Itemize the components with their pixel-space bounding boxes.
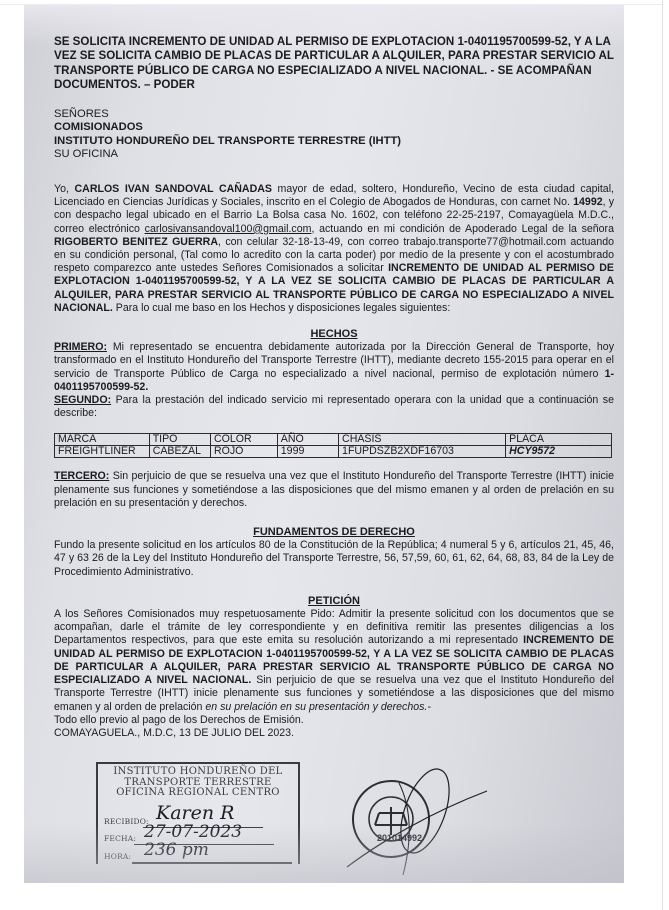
hora-label: HORA:	[104, 852, 131, 861]
table-header: TIPO	[149, 434, 210, 446]
intro-paragraph: Yo, CARLOS IVAN SANDOVAL CAÑADAS mayor d…	[54, 183, 614, 315]
recibido-label: RECIBIDO:	[104, 817, 149, 826]
primero-text: Mi representado se encuentra debidamente…	[54, 341, 614, 379]
emission-note: Todo ello previo al pago de los Derechos…	[54, 714, 614, 727]
table-header: MARCA	[55, 434, 150, 446]
addressee-line: COMISIONADOS	[54, 121, 614, 135]
addressee-line: SEÑORES	[54, 108, 614, 122]
recibido-value: Karen R	[156, 802, 234, 824]
peticion-text: en su prelación en su presentación y der…	[205, 701, 431, 713]
primero-paragraph: PRIMERO: Mi representado se encuentra de…	[54, 341, 614, 394]
intro-text: Para lo cual me baso en los Hechos y dis…	[113, 302, 450, 314]
table-cell: ROJO	[210, 446, 277, 458]
carnet-number: 14992	[573, 196, 602, 208]
intro-text: , actuando en mi condición de Apoderado …	[311, 223, 614, 235]
client-name: RIGOBERTO BENITEZ GUERRA	[54, 236, 218, 248]
table-cell: FREIGHTLINER	[55, 446, 150, 458]
segundo-label: SEGUNDO:	[54, 394, 111, 406]
peticion-paragraph: A los Señores Comisionados muy respetuos…	[54, 608, 614, 714]
fecha-label: FECHA:	[104, 834, 136, 843]
tercero-text: Sin perjuicio de que se resuelva una vez…	[54, 470, 614, 508]
addressee-line: INSTITUTO HONDUREÑO DEL TRANSPORTE TERRE…	[54, 135, 614, 149]
lawyer-name: CARLOS IVAN SANDOVAL CAÑADAS	[75, 183, 272, 195]
table-header: CHASIS	[339, 434, 506, 446]
place-date: COMAYAGUELA., M.D.C, 13 DE JULIO DEL 202…	[54, 727, 614, 740]
document-subject: SE SOLICITA INCREMENTO DE UNIDAD AL PERM…	[54, 35, 614, 93]
addressee-block: SEÑORES COMISIONADOS INSTITUTO HONDUREÑO…	[54, 108, 614, 162]
document-photo: SE SOLICITA INCREMENTO DE UNIDAD AL PERM…	[24, 5, 624, 883]
section-title-fundamentos: FUNDAMENTOS DE DERECHO	[54, 526, 614, 539]
recibido-line	[143, 827, 263, 828]
document-page: SE SOLICITA INCREMENTO DE UNIDAD AL PERM…	[54, 35, 614, 740]
addressee-line: SU OFICINA	[54, 148, 614, 162]
stamp-line: OFICINA REGIONAL CENTRO	[98, 788, 298, 799]
segundo-text: Para la prestación del indicado servicio…	[54, 394, 614, 419]
segundo-paragraph: SEGUNDO: Para la prestación del indicado…	[54, 394, 614, 420]
tercero-label: TERCERO:	[54, 470, 109, 482]
svg-text:201014992: 201014992	[377, 833, 422, 843]
viewer-edge	[662, 0, 663, 910]
hora-value: 236 pm	[144, 840, 209, 860]
table-header: COLOR	[210, 434, 277, 446]
table-header: AÑO	[277, 434, 338, 446]
table-cell: 1999	[277, 446, 338, 458]
table-header-row: MARCA TIPO COLOR AÑO CHASIS PLACA	[55, 434, 612, 446]
table-header: PLACA	[506, 434, 612, 446]
email-link[interactable]: carlosivansandoval100@gmail.com	[145, 223, 312, 235]
tercero-paragraph: TERCERO: Sin perjuicio de que se resuelv…	[54, 470, 614, 510]
table-cell: CABEZAL	[149, 446, 210, 458]
table-cell: 1FUPDSZB2XDF16703	[339, 446, 506, 458]
fecha-line	[134, 844, 274, 845]
section-title-peticion: PETICIÓN	[54, 595, 614, 608]
lawyer-seal-icon: 201014992	[339, 763, 489, 883]
primero-label: PRIMERO:	[54, 341, 107, 353]
table-row: FREIGHTLINER CABEZAL ROJO 1999 1FUPDSZB2…	[55, 446, 612, 458]
table-cell: HCY9572	[506, 446, 612, 458]
fundamentos-paragraph: Fundo la presente solicitud en los artíc…	[54, 539, 614, 579]
stamp-line: INSTITUTO HONDUREÑO DEL	[98, 767, 298, 778]
reception-stamp: INSTITUTO HONDUREÑO DEL TRANSPORTE TERRE…	[96, 762, 300, 864]
hora-line	[132, 862, 292, 864]
section-title-hechos: HECHOS	[54, 328, 614, 341]
intro-text: Yo,	[54, 183, 75, 195]
fecha-value: 27-07-2023	[144, 822, 242, 842]
vehicle-table: MARCA TIPO COLOR AÑO CHASIS PLACA FREIGH…	[54, 433, 612, 458]
